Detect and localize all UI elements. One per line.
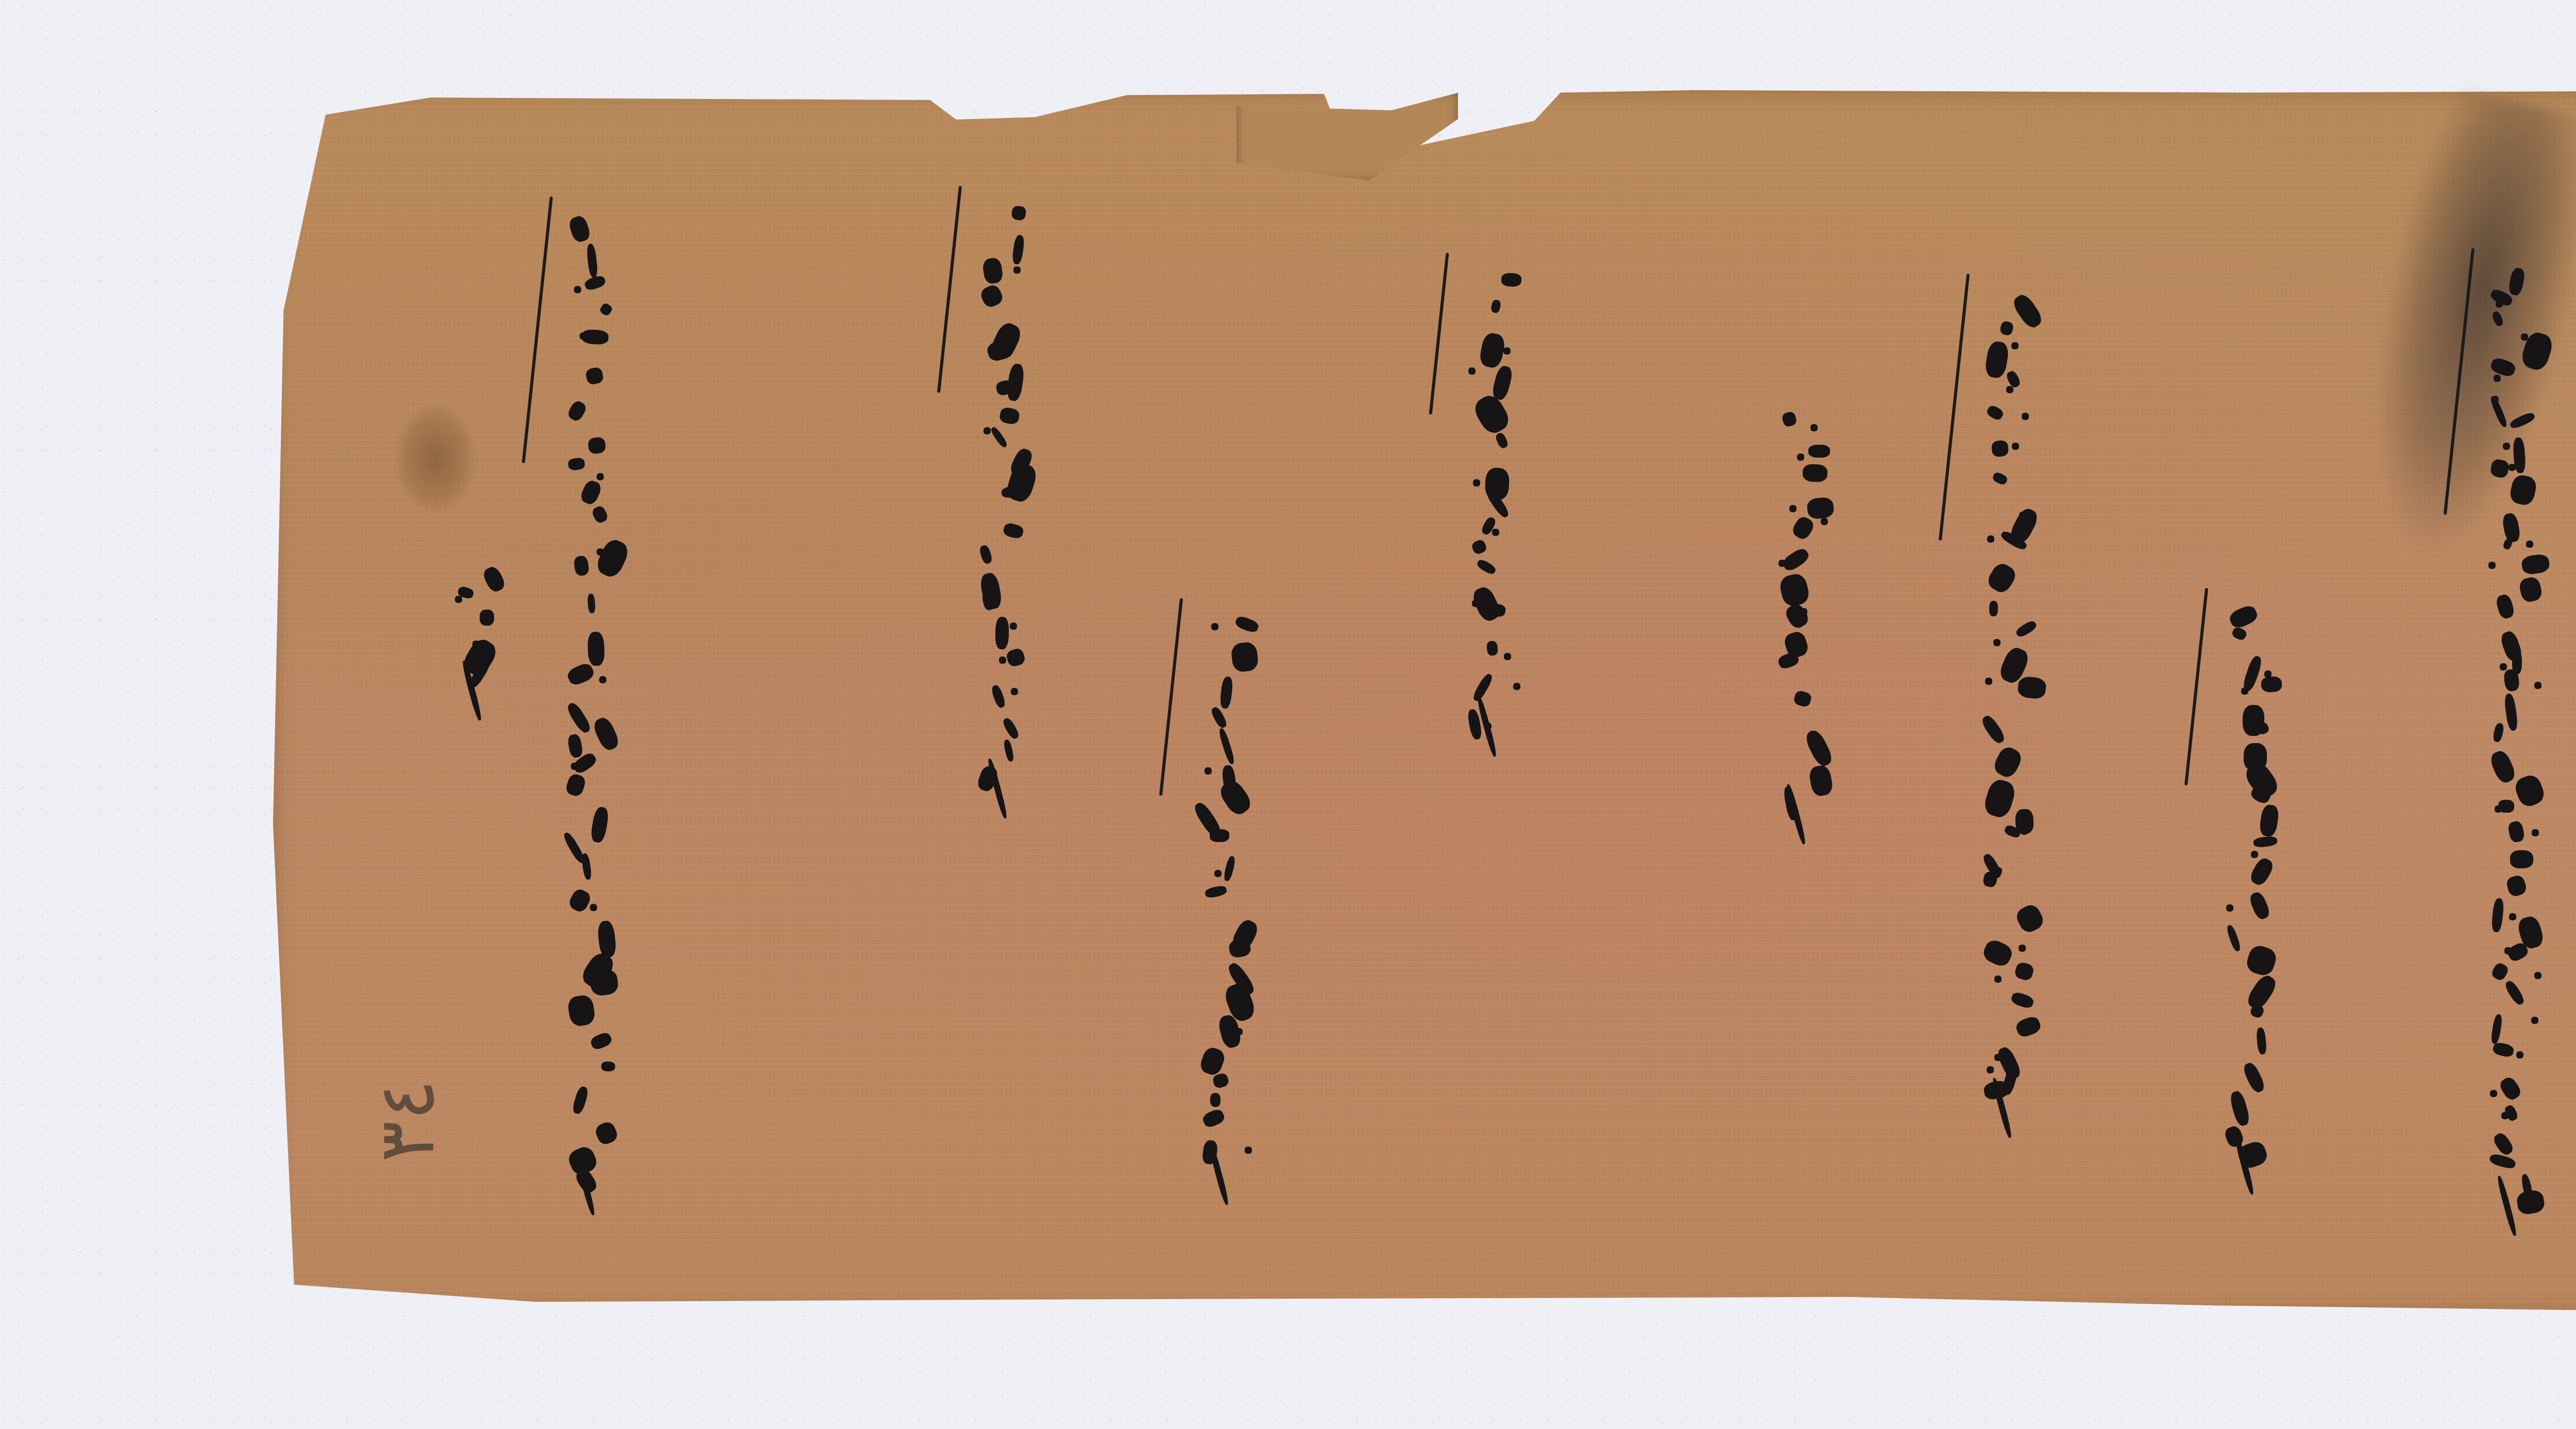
calligraphy-strokes xyxy=(2226,608,2282,1175)
text-column xyxy=(1777,412,1834,825)
calligraphy-strokes xyxy=(567,216,623,1196)
calligraphy-strokes xyxy=(1468,273,1525,737)
calligraphy-strokes xyxy=(1200,618,1257,1185)
calligraphy-strokes xyxy=(1984,294,2040,1118)
calligraphy-strokes xyxy=(2488,268,2545,1216)
text-column xyxy=(2226,608,2282,1175)
folio-number: ٣٤ xyxy=(317,1049,497,1193)
calligraphy-strokes xyxy=(453,567,510,701)
text-column xyxy=(979,206,1036,799)
paper-stain xyxy=(397,407,474,510)
text-column xyxy=(1984,294,2040,1118)
calligraphy-strokes xyxy=(979,206,1036,799)
calligraphy-strokes xyxy=(1777,412,1834,825)
text-column xyxy=(2488,268,2545,1216)
text-column xyxy=(1200,618,1257,1185)
text-column xyxy=(567,216,623,1196)
text-column xyxy=(1468,273,1525,737)
text-column xyxy=(453,567,510,701)
